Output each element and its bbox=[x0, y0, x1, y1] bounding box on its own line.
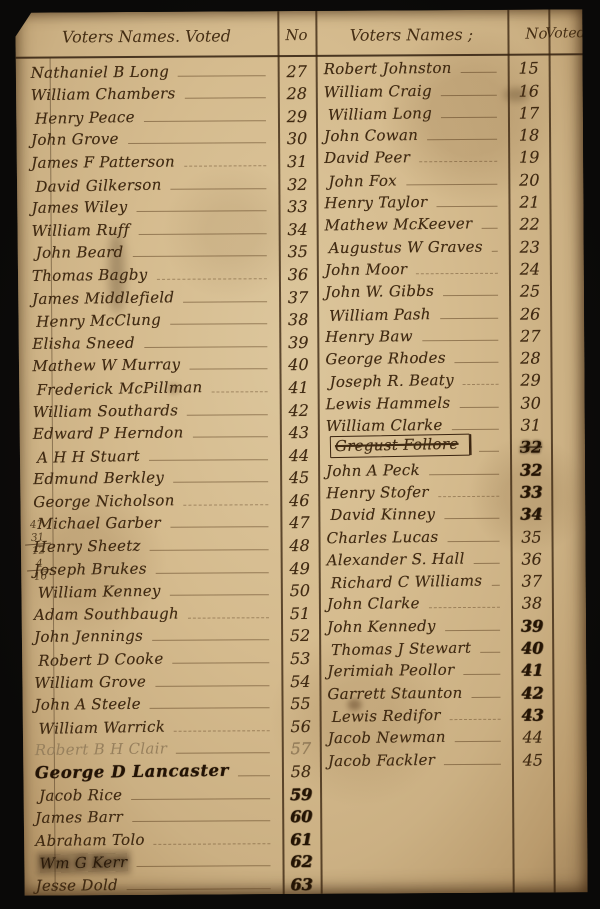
voter-name: John Beard bbox=[36, 243, 124, 262]
voter-number: 34 bbox=[511, 505, 551, 524]
table-header: Voters Names. Voted No Voters Names ; No… bbox=[15, 13, 582, 56]
voter-row: Henry McClung38 bbox=[17, 307, 317, 331]
voter-row: John Fox20 bbox=[316, 168, 549, 192]
voter-name: Nathaniel B Long bbox=[31, 62, 170, 81]
voter-row: Joseph R. Beaty29 bbox=[317, 369, 550, 393]
voter-row: David Peer19 bbox=[316, 146, 549, 170]
voter-row: A H H Stuart44 bbox=[18, 443, 318, 467]
voter-row: Richard C Williams37 bbox=[319, 569, 552, 593]
header-left-names: Voters Names. Voted bbox=[15, 26, 277, 47]
left-voter-list: Nathaniel B Long27William Chambers28Henr… bbox=[16, 59, 321, 897]
voter-row: John Grove30 bbox=[16, 127, 316, 151]
voter-name: William Grove bbox=[34, 672, 146, 691]
ruled-dash-line bbox=[461, 72, 497, 73]
voter-row: Nathaniel B Long27 bbox=[16, 59, 316, 83]
ruled-dash-line bbox=[131, 798, 270, 800]
ruled-dash-line bbox=[212, 391, 268, 392]
voter-row: Garrett Staunton42 bbox=[319, 681, 552, 705]
ruled-dash-line bbox=[170, 594, 269, 596]
voter-number: 19 bbox=[509, 148, 549, 167]
voter-number: 45 bbox=[513, 750, 553, 769]
ruled-dash-line bbox=[441, 117, 497, 118]
voter-row: Jesse Dold63 bbox=[21, 872, 321, 896]
voter-number: 44 bbox=[280, 446, 318, 465]
voter-row: Jacob Newman44 bbox=[320, 725, 553, 749]
ruled-dash-line bbox=[452, 429, 499, 430]
ruled-dash-line bbox=[480, 652, 500, 653]
header-left-no: No bbox=[277, 26, 315, 44]
ruled-dash-line bbox=[154, 843, 271, 845]
voter-row: James Barr60 bbox=[20, 804, 320, 828]
voter-number: 43 bbox=[513, 705, 553, 724]
ruled-dash-line bbox=[419, 161, 497, 162]
voter-name: John Cowan bbox=[324, 126, 418, 145]
ruled-dash-line bbox=[188, 617, 269, 618]
voter-name: Henry McClung bbox=[36, 311, 161, 331]
ruled-dash-line bbox=[132, 820, 270, 822]
voter-number: 39 bbox=[279, 333, 317, 352]
header-right-no: No bbox=[507, 24, 547, 42]
ruled-dash-line bbox=[443, 295, 498, 296]
voter-name: Henry Stofer bbox=[326, 483, 429, 502]
voter-row: David Gilkerson32 bbox=[16, 172, 316, 196]
voter-number: 46 bbox=[280, 491, 318, 510]
voter-number: 62 bbox=[282, 852, 320, 871]
voter-row: Edward P Herndon43 bbox=[18, 420, 318, 444]
voter-row: Henry Peace29 bbox=[16, 104, 316, 128]
voter-row: Mathew McKeever22 bbox=[317, 213, 550, 237]
voter-name: David Kinney bbox=[330, 505, 435, 524]
voter-number: 28 bbox=[510, 349, 550, 368]
voter-name: John Kennedy bbox=[327, 617, 436, 636]
voter-number: 44 bbox=[513, 728, 553, 747]
voter-name: William Warrick bbox=[39, 717, 166, 737]
voter-number: 30 bbox=[511, 393, 551, 412]
voter-number: 43 bbox=[280, 423, 318, 442]
voter-row: Jacob Rice59 bbox=[20, 782, 320, 806]
voter-number: 63 bbox=[283, 875, 321, 894]
ruled-dash-line bbox=[155, 685, 269, 687]
voter-number: 40 bbox=[279, 355, 317, 374]
voter-number: 28 bbox=[278, 84, 316, 103]
ruled-dash-line bbox=[444, 763, 501, 764]
ruled-dash-line bbox=[149, 459, 268, 461]
voter-number: 40 bbox=[512, 638, 552, 657]
voter-number: 38 bbox=[512, 594, 552, 613]
ruled-dash-line bbox=[184, 165, 266, 167]
voter-name: David Gilkerson bbox=[35, 175, 162, 195]
voter-number: 22 bbox=[510, 215, 550, 234]
ruled-dash-line bbox=[427, 139, 497, 140]
voter-name: Robert D Cooke bbox=[38, 650, 164, 670]
voter-name: Thomas Bagby bbox=[32, 265, 148, 285]
voter-name: Robert Johnston bbox=[324, 59, 452, 78]
ruled-dash-line bbox=[174, 730, 270, 732]
ruled-dash-line bbox=[440, 317, 498, 318]
ruled-dash-line bbox=[139, 233, 267, 235]
voter-number: 32 bbox=[278, 174, 316, 193]
ruled-dash-line bbox=[429, 607, 500, 608]
voter-name: William Clarke bbox=[326, 416, 443, 435]
voter-row: William Ruff34 bbox=[17, 217, 317, 241]
ruled-dash-line bbox=[171, 188, 267, 190]
voter-name: Richard C Williams bbox=[331, 572, 483, 593]
voter-name: John Fox bbox=[328, 171, 397, 190]
ruled-dash-line bbox=[187, 414, 268, 415]
voter-row: Henry Sheetz48 bbox=[18, 533, 318, 557]
voter-number: 50 bbox=[281, 581, 319, 600]
voter-name: Henry Baw bbox=[325, 327, 413, 346]
voter-number: 30 bbox=[278, 129, 316, 148]
ruled-dash-line bbox=[173, 481, 268, 483]
voter-number: 59 bbox=[282, 784, 320, 803]
ruled-dash-line bbox=[185, 97, 266, 98]
ruled-dash-line bbox=[429, 473, 499, 474]
voter-name: John W. Gibbs bbox=[325, 282, 434, 301]
voter-name: Thomas J Stewart bbox=[331, 639, 471, 660]
voter-name: Charles Lucas bbox=[326, 527, 438, 546]
voter-row: Robert B H Clair57 bbox=[20, 737, 320, 761]
voter-name: George Rhodes bbox=[325, 349, 446, 369]
voter-row: James Wiley33 bbox=[16, 194, 316, 218]
voter-number: 57 bbox=[282, 739, 320, 758]
voter-number: 36 bbox=[512, 549, 552, 568]
voter-row: Joseph Brukes49 bbox=[19, 556, 319, 580]
margin-note-number: 16 bbox=[27, 570, 54, 584]
ruled-dash-line bbox=[144, 120, 266, 122]
voter-number: 41 bbox=[512, 661, 552, 680]
margin-arithmetic-note: 473112416 bbox=[23, 518, 54, 584]
voter-row: Gregust Follore32 bbox=[318, 436, 551, 460]
voter-number: 58 bbox=[282, 762, 320, 781]
ruled-dash-line bbox=[150, 707, 270, 709]
voter-row: David Kinney34 bbox=[318, 502, 551, 526]
voter-name: John Clarke bbox=[327, 595, 420, 614]
voter-number: 51 bbox=[281, 604, 319, 623]
voter-name: Mathew McKeever bbox=[324, 215, 472, 235]
voter-name: Mathew W Murray bbox=[32, 356, 180, 376]
ruled-dash-line bbox=[491, 585, 500, 586]
ruled-dash-line bbox=[178, 75, 266, 77]
voter-name: David Peer bbox=[324, 149, 410, 168]
voter-name: Edward P Herndon bbox=[33, 424, 184, 443]
voter-row: Charles Lucas35 bbox=[318, 525, 551, 549]
ruled-dash-line bbox=[422, 340, 498, 341]
voter-name: James Barr bbox=[35, 808, 123, 827]
voter-name: William Kenney bbox=[38, 582, 161, 602]
voter-name: Lewis Redifor bbox=[331, 706, 440, 726]
voter-name: George Nicholson bbox=[33, 491, 175, 511]
voter-name: John A Steele bbox=[34, 695, 141, 714]
voter-number: 26 bbox=[510, 304, 550, 323]
ruled-dash-line bbox=[444, 518, 499, 519]
voter-number: 35 bbox=[279, 242, 317, 261]
voter-row: John Beard35 bbox=[17, 240, 317, 264]
voter-name: John A Peck bbox=[326, 461, 420, 480]
voter-name: Joseph R. Beaty bbox=[329, 371, 454, 391]
voter-row: Edmund Berkley45 bbox=[18, 466, 318, 490]
ruled-dash-line bbox=[463, 384, 499, 385]
voter-row: William Warrick56 bbox=[20, 714, 320, 738]
voter-number: 27 bbox=[278, 62, 316, 81]
voter-number: 42 bbox=[280, 400, 318, 419]
voter-row: George Rhodes28 bbox=[317, 346, 550, 370]
voter-row: John Moor24 bbox=[317, 257, 550, 281]
voter-name: Michael Garber bbox=[37, 514, 161, 533]
voter-number: 33 bbox=[511, 482, 551, 501]
ruled-dash-line bbox=[238, 775, 270, 776]
header-right-voted: Voted bbox=[545, 25, 580, 41]
voter-row: Thomas J Stewart40 bbox=[319, 636, 552, 660]
ruled-dash-line bbox=[176, 753, 270, 755]
ruled-dash-line bbox=[173, 662, 270, 664]
ruled-dash-line bbox=[144, 346, 267, 348]
ruled-dash-line bbox=[455, 362, 499, 363]
ruled-dash-line bbox=[492, 250, 498, 251]
voter-name: Lewis Hammels bbox=[326, 393, 451, 413]
voter-name: John Moor bbox=[325, 260, 408, 279]
voter-name: Edmund Berkley bbox=[33, 469, 164, 489]
ruled-dash-line bbox=[416, 273, 498, 274]
voter-row: Jacob Fackler45 bbox=[320, 748, 553, 772]
voter-name: Jacob Newman bbox=[328, 728, 446, 748]
voter-number: 25 bbox=[510, 282, 550, 301]
voter-number: 39 bbox=[512, 616, 552, 635]
voter-number: 32 bbox=[511, 438, 551, 457]
voter-name: Frederick McPillman bbox=[36, 378, 202, 399]
ruled-dash-line bbox=[128, 143, 266, 145]
voter-number: 16 bbox=[509, 81, 549, 100]
ruled-dash-line bbox=[156, 572, 269, 574]
ruled-dash-line bbox=[133, 256, 267, 258]
voter-number: 35 bbox=[511, 527, 551, 546]
voter-row: James F Patterson31 bbox=[16, 149, 316, 173]
voter-name: James Wiley bbox=[31, 198, 127, 217]
ruled-dash-line bbox=[455, 741, 501, 742]
voter-row: John Cowan18 bbox=[316, 123, 549, 147]
voter-number: 24 bbox=[510, 259, 550, 278]
scan-background: Voters Names. Voted No Voters Names ; No… bbox=[0, 0, 600, 909]
ruled-dash-line bbox=[136, 210, 266, 212]
voter-name: Abraham Tolo bbox=[35, 830, 145, 849]
ruled-dash-line bbox=[474, 563, 500, 564]
voter-number: 15 bbox=[509, 59, 549, 78]
voter-row: William Pash26 bbox=[317, 302, 550, 326]
voter-name: Adam Southbaugh bbox=[34, 604, 179, 623]
voter-row: William Grove54 bbox=[19, 669, 319, 693]
voter-number: 37 bbox=[279, 287, 317, 306]
voter-row: Augustus W Graves23 bbox=[317, 235, 550, 259]
voter-row: William Long17 bbox=[316, 101, 549, 125]
ruled-dash-line bbox=[183, 301, 267, 303]
voter-number: 18 bbox=[509, 126, 549, 145]
voter-row: Thomas Bagby36 bbox=[17, 262, 317, 286]
ruled-dash-line bbox=[170, 323, 267, 325]
header-right-names: Voters Names ; bbox=[315, 24, 507, 44]
voter-row: Lewis Hammels30 bbox=[318, 391, 551, 415]
voter-name: Jacob Rice bbox=[39, 786, 122, 805]
voter-row: John W. Gibbs25 bbox=[317, 279, 550, 303]
voter-number: 32 bbox=[511, 460, 551, 479]
voter-number: 27 bbox=[510, 326, 550, 345]
ruled-dash-line bbox=[464, 674, 501, 675]
voter-number: 49 bbox=[281, 559, 319, 578]
voter-row: Elisha Sneed39 bbox=[17, 330, 317, 354]
voter-row: John Jennings52 bbox=[19, 624, 319, 648]
voter-number: 36 bbox=[279, 265, 317, 284]
ruled-dash-line bbox=[450, 719, 501, 720]
ruled-dash-line bbox=[406, 184, 497, 186]
voter-number: 17 bbox=[509, 103, 549, 122]
ruled-dash-line bbox=[189, 369, 267, 370]
voter-name: A H H Stuart bbox=[37, 447, 140, 467]
ruled-dash-line bbox=[479, 451, 499, 452]
voter-number: 47 bbox=[280, 513, 318, 532]
voter-number: 42 bbox=[512, 683, 552, 702]
voter-name: Robert B H Clair bbox=[35, 740, 168, 760]
voter-name: Jesse Dold bbox=[36, 876, 119, 895]
voter-number: 48 bbox=[281, 536, 319, 555]
voter-number: 45 bbox=[280, 468, 318, 487]
voter-number: 56 bbox=[282, 717, 320, 736]
ruled-dash-line bbox=[436, 206, 497, 207]
ruled-dash-line bbox=[170, 527, 268, 529]
ruled-dash-line bbox=[193, 436, 268, 437]
voter-row: John A Steele55 bbox=[19, 692, 319, 716]
voter-number: 31 bbox=[511, 416, 551, 435]
voter-name: James Middlefield bbox=[32, 288, 175, 308]
ruled-dash-line bbox=[472, 696, 501, 697]
ruled-dash-line bbox=[184, 504, 269, 506]
voter-name: Henry Taylor bbox=[324, 193, 427, 212]
voter-row: William Craig16 bbox=[316, 79, 549, 103]
voter-name: Gregust Follore bbox=[330, 434, 470, 459]
document-page: Voters Names. Voted No Voters Names ; No… bbox=[15, 9, 587, 895]
ruled-dash-line bbox=[150, 549, 269, 551]
voter-name: Jerimiah Peollor bbox=[327, 661, 454, 681]
voter-name: William Chambers bbox=[31, 84, 176, 104]
voter-number: 33 bbox=[278, 197, 316, 216]
voter-number: 53 bbox=[281, 649, 319, 668]
voter-number: 60 bbox=[282, 807, 320, 826]
ruled-dash-line bbox=[481, 228, 497, 229]
ruled-dash-line bbox=[136, 866, 270, 868]
right-voter-list: Robert Johnston15William Craig16William … bbox=[316, 56, 553, 771]
ruled-dash-line bbox=[438, 496, 499, 497]
voter-row: John Kennedy39 bbox=[319, 614, 552, 638]
voter-row: Henry Taylor21 bbox=[316, 190, 549, 214]
voter-row: Abraham Tolo61 bbox=[20, 827, 320, 851]
ruled-dash-line bbox=[445, 630, 500, 631]
voter-row: Robert D Cooke53 bbox=[19, 646, 319, 670]
voter-number: 38 bbox=[279, 310, 317, 329]
voter-name: William Long bbox=[328, 104, 432, 124]
voter-number: 61 bbox=[282, 830, 320, 849]
voter-row: John A Peck32 bbox=[318, 458, 551, 482]
voter-name: John Grove bbox=[31, 130, 119, 149]
voter-name: James F Patterson bbox=[31, 152, 175, 171]
voter-row: George Nicholson46 bbox=[18, 488, 318, 512]
voter-row: William Kenney50 bbox=[19, 579, 319, 603]
voter-number: 31 bbox=[278, 152, 316, 171]
voter-row: Frederick McPillman41 bbox=[18, 375, 318, 399]
ruled-dash-line bbox=[127, 888, 271, 890]
voter-row: William Chambers28 bbox=[16, 81, 316, 105]
voter-name: Garrett Staunton bbox=[327, 683, 462, 702]
voter-number: 23 bbox=[510, 237, 550, 256]
voter-name: William Craig bbox=[324, 81, 432, 100]
voter-number: 37 bbox=[512, 572, 552, 591]
voter-number: 52 bbox=[281, 626, 319, 645]
voter-name: William Pash bbox=[329, 305, 431, 325]
voter-row: Michael Garber47 bbox=[18, 511, 318, 535]
voter-row: Lewis Redifor43 bbox=[320, 703, 553, 727]
voter-row: Robert Johnston15 bbox=[316, 56, 549, 80]
voter-name: William Southards bbox=[33, 401, 179, 421]
voter-name: George D Lancaster bbox=[35, 761, 229, 783]
voter-name: Alexander S. Hall bbox=[327, 549, 465, 569]
ruled-dash-line bbox=[157, 278, 267, 280]
voter-row: Alexander S. Hall36 bbox=[319, 547, 552, 571]
voter-name: Elisha Sneed bbox=[32, 334, 135, 353]
voter-name: Wm G Kerr bbox=[39, 853, 127, 873]
voter-name: Henry Peace bbox=[35, 108, 135, 128]
voter-row: Mathew W Murray40 bbox=[17, 353, 317, 377]
voter-number: 29 bbox=[511, 371, 551, 390]
voter-row: Henry Baw27 bbox=[317, 324, 550, 348]
voter-row: Wm G Kerr62 bbox=[20, 850, 320, 874]
voter-row: Henry Stofer33 bbox=[318, 480, 551, 504]
voter-name: John Jennings bbox=[34, 627, 143, 646]
voter-number: 55 bbox=[281, 694, 319, 713]
ruled-dash-line bbox=[448, 540, 500, 541]
voter-number: 20 bbox=[509, 170, 549, 189]
voter-number: 21 bbox=[509, 193, 549, 212]
voter-name: Augustus W Graves bbox=[329, 237, 483, 256]
voter-row: William Southards42 bbox=[18, 398, 318, 422]
voter-name: Jacob Fackler bbox=[328, 750, 436, 769]
voter-name: William Ruff bbox=[32, 220, 130, 239]
voter-number: 41 bbox=[280, 378, 318, 397]
voter-row: Adam Southbaugh51 bbox=[19, 601, 319, 625]
voter-number: 29 bbox=[278, 107, 316, 126]
ruled-dash-line bbox=[459, 407, 498, 408]
voter-row: George D Lancaster58 bbox=[20, 759, 320, 783]
voter-row: Jerimiah Peollor41 bbox=[319, 658, 552, 682]
voter-row: James Middlefield37 bbox=[17, 285, 317, 309]
voter-row: John Clarke38 bbox=[319, 592, 552, 616]
voter-number: 54 bbox=[281, 672, 319, 691]
ruled-dash-line bbox=[152, 640, 269, 642]
voter-number: 34 bbox=[279, 220, 317, 239]
ruled-dash-line bbox=[441, 94, 497, 95]
